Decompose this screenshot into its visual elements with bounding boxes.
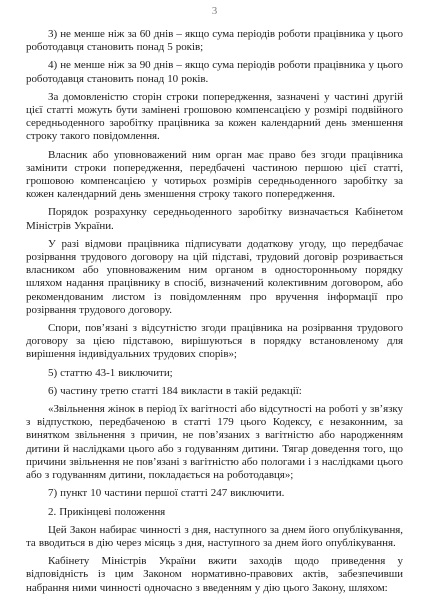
paragraph: 6) частину третю статті 184 викласти в т…	[26, 385, 403, 398]
paragraph: Порядок розрахунку середньоденного зароб…	[26, 206, 403, 232]
paragraph: 5) статтю 43-1 виключити;	[26, 367, 403, 380]
paragraph: Цей Закон набирає чинності з дня, наступ…	[26, 524, 403, 550]
paragraph: За домовленістю сторін строки попереджен…	[26, 91, 403, 144]
section-heading: 2. Прикінцеві положення	[26, 506, 403, 519]
paragraph: 7) пункт 10 частини першої статті 247 ви…	[26, 487, 403, 500]
paragraph: 4) не менше ніж за 90 днів – якщо сума п…	[26, 59, 403, 85]
paragraph: Власник або уповноважений ним орган має …	[26, 149, 403, 202]
paragraph: У разі відмови працівника підписувати до…	[26, 238, 403, 317]
paragraph: 3) не менше ніж за 60 днів – якщо сума п…	[26, 28, 403, 54]
page-number: 3	[0, 0, 429, 17]
document-body: 3) не менше ніж за 60 днів – якщо сума п…	[0, 17, 429, 595]
paragraph: Спори, пов’язані з відсутністю згоди пра…	[26, 322, 403, 362]
paragraph: Кабінету Міністрів України вжити заходів…	[26, 555, 403, 595]
paragraph: «Звільнення жінок в період їх вагітності…	[26, 403, 403, 482]
document-page: 3 3) не менше ніж за 60 днів – якщо сума…	[0, 0, 429, 600]
